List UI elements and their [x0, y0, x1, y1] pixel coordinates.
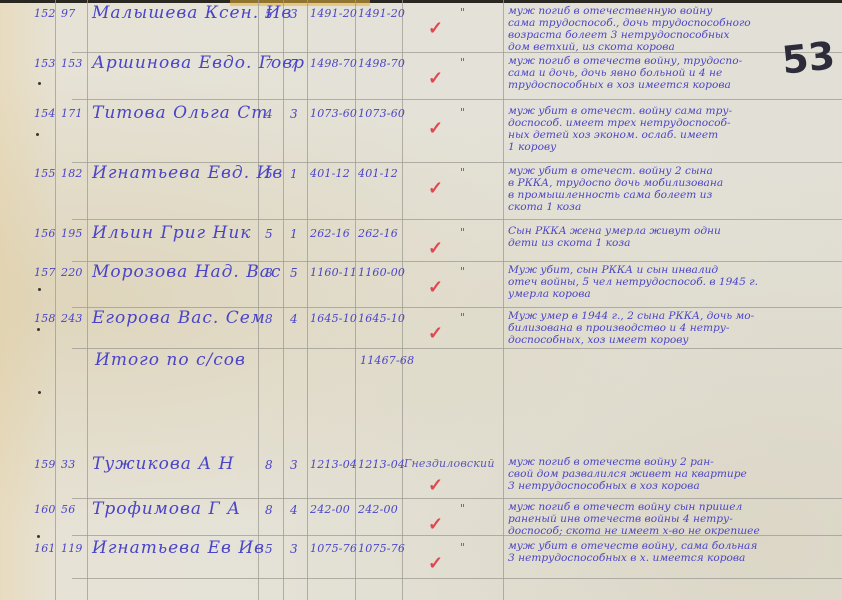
- paper-speck: [38, 391, 41, 394]
- record-number: 171: [61, 107, 83, 120]
- note-line: скота 1 коза: [508, 201, 838, 213]
- amount-assessed: 401-12: [310, 167, 350, 180]
- check-mark-icon: ✓: [428, 68, 443, 89]
- dependents-count: 3: [290, 458, 298, 472]
- column-rule: [355, 0, 356, 600]
- check-mark-icon: ✓: [428, 238, 443, 259]
- person-name: Егорова Вас. Сем: [92, 308, 266, 328]
- settlement: ": [460, 265, 465, 278]
- column-rule: [87, 0, 88, 600]
- settlement: ": [460, 6, 465, 19]
- household-note: Сын РККА жена умерла живут однидети из с…: [508, 225, 838, 249]
- person-name: Тужикова А Н: [92, 454, 234, 474]
- household-members: 8: [265, 266, 273, 280]
- paper-speck: [36, 133, 39, 136]
- record-number: 182: [61, 167, 83, 180]
- note-line: в промышленность сама болеет из: [508, 189, 838, 201]
- note-line: Муж убит, сын РККА и сын инвалид: [508, 264, 838, 276]
- settlement: ": [460, 311, 465, 324]
- note-line: дом ветхий, из скота корова: [508, 41, 838, 53]
- settlement: ": [460, 502, 465, 515]
- household-members: 5: [265, 167, 273, 181]
- household-note: муж убит в отечест. войну сама тру-доспо…: [508, 105, 838, 153]
- amount-assessed: 1073-60: [310, 107, 357, 120]
- dependents-count: 5: [290, 266, 298, 280]
- note-line: умерла корова: [508, 288, 838, 300]
- note-line: доспособ. имеет трех нетрудоспособ-: [508, 117, 838, 129]
- note-line: в РККА, трудоспо дочь мобилизована: [508, 177, 838, 189]
- household-note: муж убит в отечест. войну 2 сынав РККА, …: [508, 165, 838, 213]
- column-rule: [307, 0, 308, 600]
- person-name: Ильин Григ Ник: [92, 223, 251, 243]
- dependents-count: 1: [290, 227, 298, 241]
- settlement: ": [460, 541, 465, 554]
- row-number: 158: [34, 312, 56, 325]
- record-number: 195: [61, 227, 83, 240]
- document-page: 53 152 97 Малышева Ксен. Ив 5 3 1491-20 …: [0, 0, 842, 600]
- person-name: Игнатьева Ев Ив: [92, 538, 265, 558]
- amount-assessed: 1645-10: [310, 312, 357, 325]
- note-line: свой дом развалился живет на квартире: [508, 468, 838, 480]
- household-members: 5: [265, 227, 273, 241]
- note-line: муж убит в отечест. войну сама тру-: [508, 105, 838, 117]
- note-line: муж погиб в отечеств войну 2 ран-: [508, 456, 838, 468]
- record-number: 220: [61, 266, 83, 279]
- amount-approved: 1160-00: [358, 266, 405, 279]
- column-rule: [258, 0, 259, 600]
- record-number: 119: [61, 542, 83, 555]
- note-line: билизована в производство и 4 нетру-: [508, 322, 838, 334]
- note-line: возраста болеет 3 нетрудоспособных: [508, 29, 838, 41]
- check-mark-icon: ✓: [428, 553, 443, 574]
- amount-approved: 1498-70: [358, 57, 405, 70]
- paper-speck: [38, 288, 41, 291]
- note-line: муж убит в отечеств войну, сама больная: [508, 540, 838, 552]
- column-rule: [283, 0, 284, 600]
- amount-approved: 1213-04: [358, 458, 405, 471]
- person-name: Аршинова Евдо. Говр: [92, 53, 305, 73]
- subtotal-label: Итого по с/сов: [95, 350, 246, 370]
- check-mark-icon: ✓: [428, 118, 443, 139]
- settlement: ": [460, 166, 465, 179]
- subtotal-amount: 11467-68: [360, 354, 414, 367]
- dependents-count: 4: [290, 503, 298, 517]
- paper-speck: [37, 328, 40, 331]
- record-number: 97: [61, 7, 75, 20]
- note-line: сама и дочь, дочь явно больной и 4 не: [508, 67, 838, 79]
- paper-speck: [37, 535, 40, 538]
- paper-speck: [38, 82, 41, 85]
- household-note: Муж умер в 1944 г., 2 сына РККА, дочь мо…: [508, 310, 838, 346]
- settlement: ": [460, 106, 465, 119]
- household-note: муж погиб в отечеств войну, трудоспо-сам…: [508, 55, 838, 91]
- note-line: раненый инв отечеств войны 4 нетру-: [508, 513, 838, 525]
- household-members: 5: [265, 542, 273, 556]
- settlement: ": [460, 56, 465, 69]
- note-line: дети из скота 1 коза: [508, 237, 838, 249]
- person-name: Титова Ольга Ст: [92, 103, 268, 123]
- dependents-count: 1: [290, 167, 298, 181]
- record-number: 56: [61, 503, 75, 516]
- dependents-count: 3: [290, 7, 298, 21]
- check-mark-icon: ✓: [428, 514, 443, 535]
- note-line: 1 корову: [508, 141, 838, 153]
- column-rule: [402, 0, 403, 600]
- dependents-count: 3: [290, 542, 298, 556]
- note-line: Сын РККА жена умерла живут одни: [508, 225, 838, 237]
- note-line: трудоспособных в хоз имеется корова: [508, 79, 838, 91]
- note-line: доспособных, хоз имеет корову: [508, 334, 838, 346]
- row-number: 153: [34, 57, 56, 70]
- household-members: 7: [265, 57, 273, 71]
- amount-assessed: 1075-76: [310, 542, 357, 555]
- record-number: 153: [61, 57, 83, 70]
- row-rule: [72, 99, 842, 100]
- note-line: 3 нетрудоспособных в хоз корова: [508, 480, 838, 492]
- check-mark-icon: ✓: [428, 475, 443, 496]
- household-members: 8: [265, 458, 273, 472]
- amount-approved: 242-00: [358, 503, 398, 516]
- row-number: 154: [34, 107, 56, 120]
- note-line: доспособ; скота не имеет х-во не окрепше…: [508, 525, 838, 537]
- amount-assessed: 242-00: [310, 503, 350, 516]
- person-name: Морозова Над. Вас: [92, 262, 281, 282]
- amount-approved: 1645-10: [358, 312, 405, 325]
- row-number: 157: [34, 266, 56, 279]
- household-members: 8: [265, 312, 273, 326]
- person-name: Игнатьева Евд. Ив: [92, 163, 283, 183]
- settlement: ": [460, 226, 465, 239]
- household-members: 5: [265, 7, 273, 21]
- amount-approved: 1491-20: [358, 7, 405, 20]
- note-line: сама трудоспособ., дочь трудоспособного: [508, 17, 838, 29]
- note-line: 3 нетрудоспособных в х. имеется корова: [508, 552, 838, 564]
- row-number: 155: [34, 167, 56, 180]
- household-note: муж погиб в отечественную войнусама труд…: [508, 5, 838, 53]
- household-note: муж погиб в отечеств войну 2 ран-свой до…: [508, 456, 838, 492]
- household-note: Муж убит, сын РККА и сын инвалидотеч вой…: [508, 264, 838, 300]
- row-number: 160: [34, 503, 56, 516]
- row-number: 159: [34, 458, 56, 471]
- amount-approved: 1073-60: [358, 107, 405, 120]
- household-members: 4: [265, 107, 273, 121]
- note-line: Муж умер в 1944 г., 2 сына РККА, дочь мо…: [508, 310, 838, 322]
- column-rule: [503, 0, 504, 600]
- settlement: Гнездиловский: [404, 457, 495, 470]
- row-number: 152: [34, 7, 56, 20]
- check-mark-icon: ✓: [428, 323, 443, 344]
- check-mark-icon: ✓: [428, 277, 443, 298]
- amount-assessed: 1213-04: [310, 458, 357, 471]
- note-line: отеч войны, 5 чел нетрудоспособ. в 1945 …: [508, 276, 838, 288]
- check-mark-icon: ✓: [428, 178, 443, 199]
- note-line: муж погиб в отечеств войну, трудоспо-: [508, 55, 838, 67]
- household-note: муж убит в отечеств войну, сама больная3…: [508, 540, 838, 564]
- amount-assessed: 262-16: [310, 227, 350, 240]
- dependents-count: 3: [290, 107, 298, 121]
- amount-assessed: 1160-11: [310, 266, 357, 279]
- dependents-count: 7: [290, 57, 298, 71]
- note-line: муж погиб в отечест войну сын пришел: [508, 501, 838, 513]
- row-number: 161: [34, 542, 56, 555]
- note-line: муж погиб в отечественную войну: [508, 5, 838, 17]
- check-mark-icon: ✓: [428, 18, 443, 39]
- row-rule: [72, 348, 842, 349]
- amount-approved: 1075-76: [358, 542, 405, 555]
- household-members: 8: [265, 503, 273, 517]
- note-line: муж убит в отечест. войну 2 сына: [508, 165, 838, 177]
- amount-approved: 262-16: [358, 227, 398, 240]
- amount-approved: 401-12: [358, 167, 398, 180]
- household-note: муж погиб в отечест войну сын пришелране…: [508, 501, 838, 537]
- record-number: 243: [61, 312, 83, 325]
- note-line: ных детей хоз эконом. ослаб. имеет: [508, 129, 838, 141]
- row-number: 156: [34, 227, 56, 240]
- amount-assessed: 1491-20: [310, 7, 357, 20]
- person-name: Малышева Ксен. Ив: [92, 3, 292, 23]
- record-number: 33: [61, 458, 75, 471]
- amount-assessed: 1498-70: [310, 57, 357, 70]
- row-rule: [72, 578, 842, 579]
- row-rule: [72, 219, 842, 220]
- dependents-count: 4: [290, 312, 298, 326]
- person-name: Трофимова Г А: [92, 499, 241, 519]
